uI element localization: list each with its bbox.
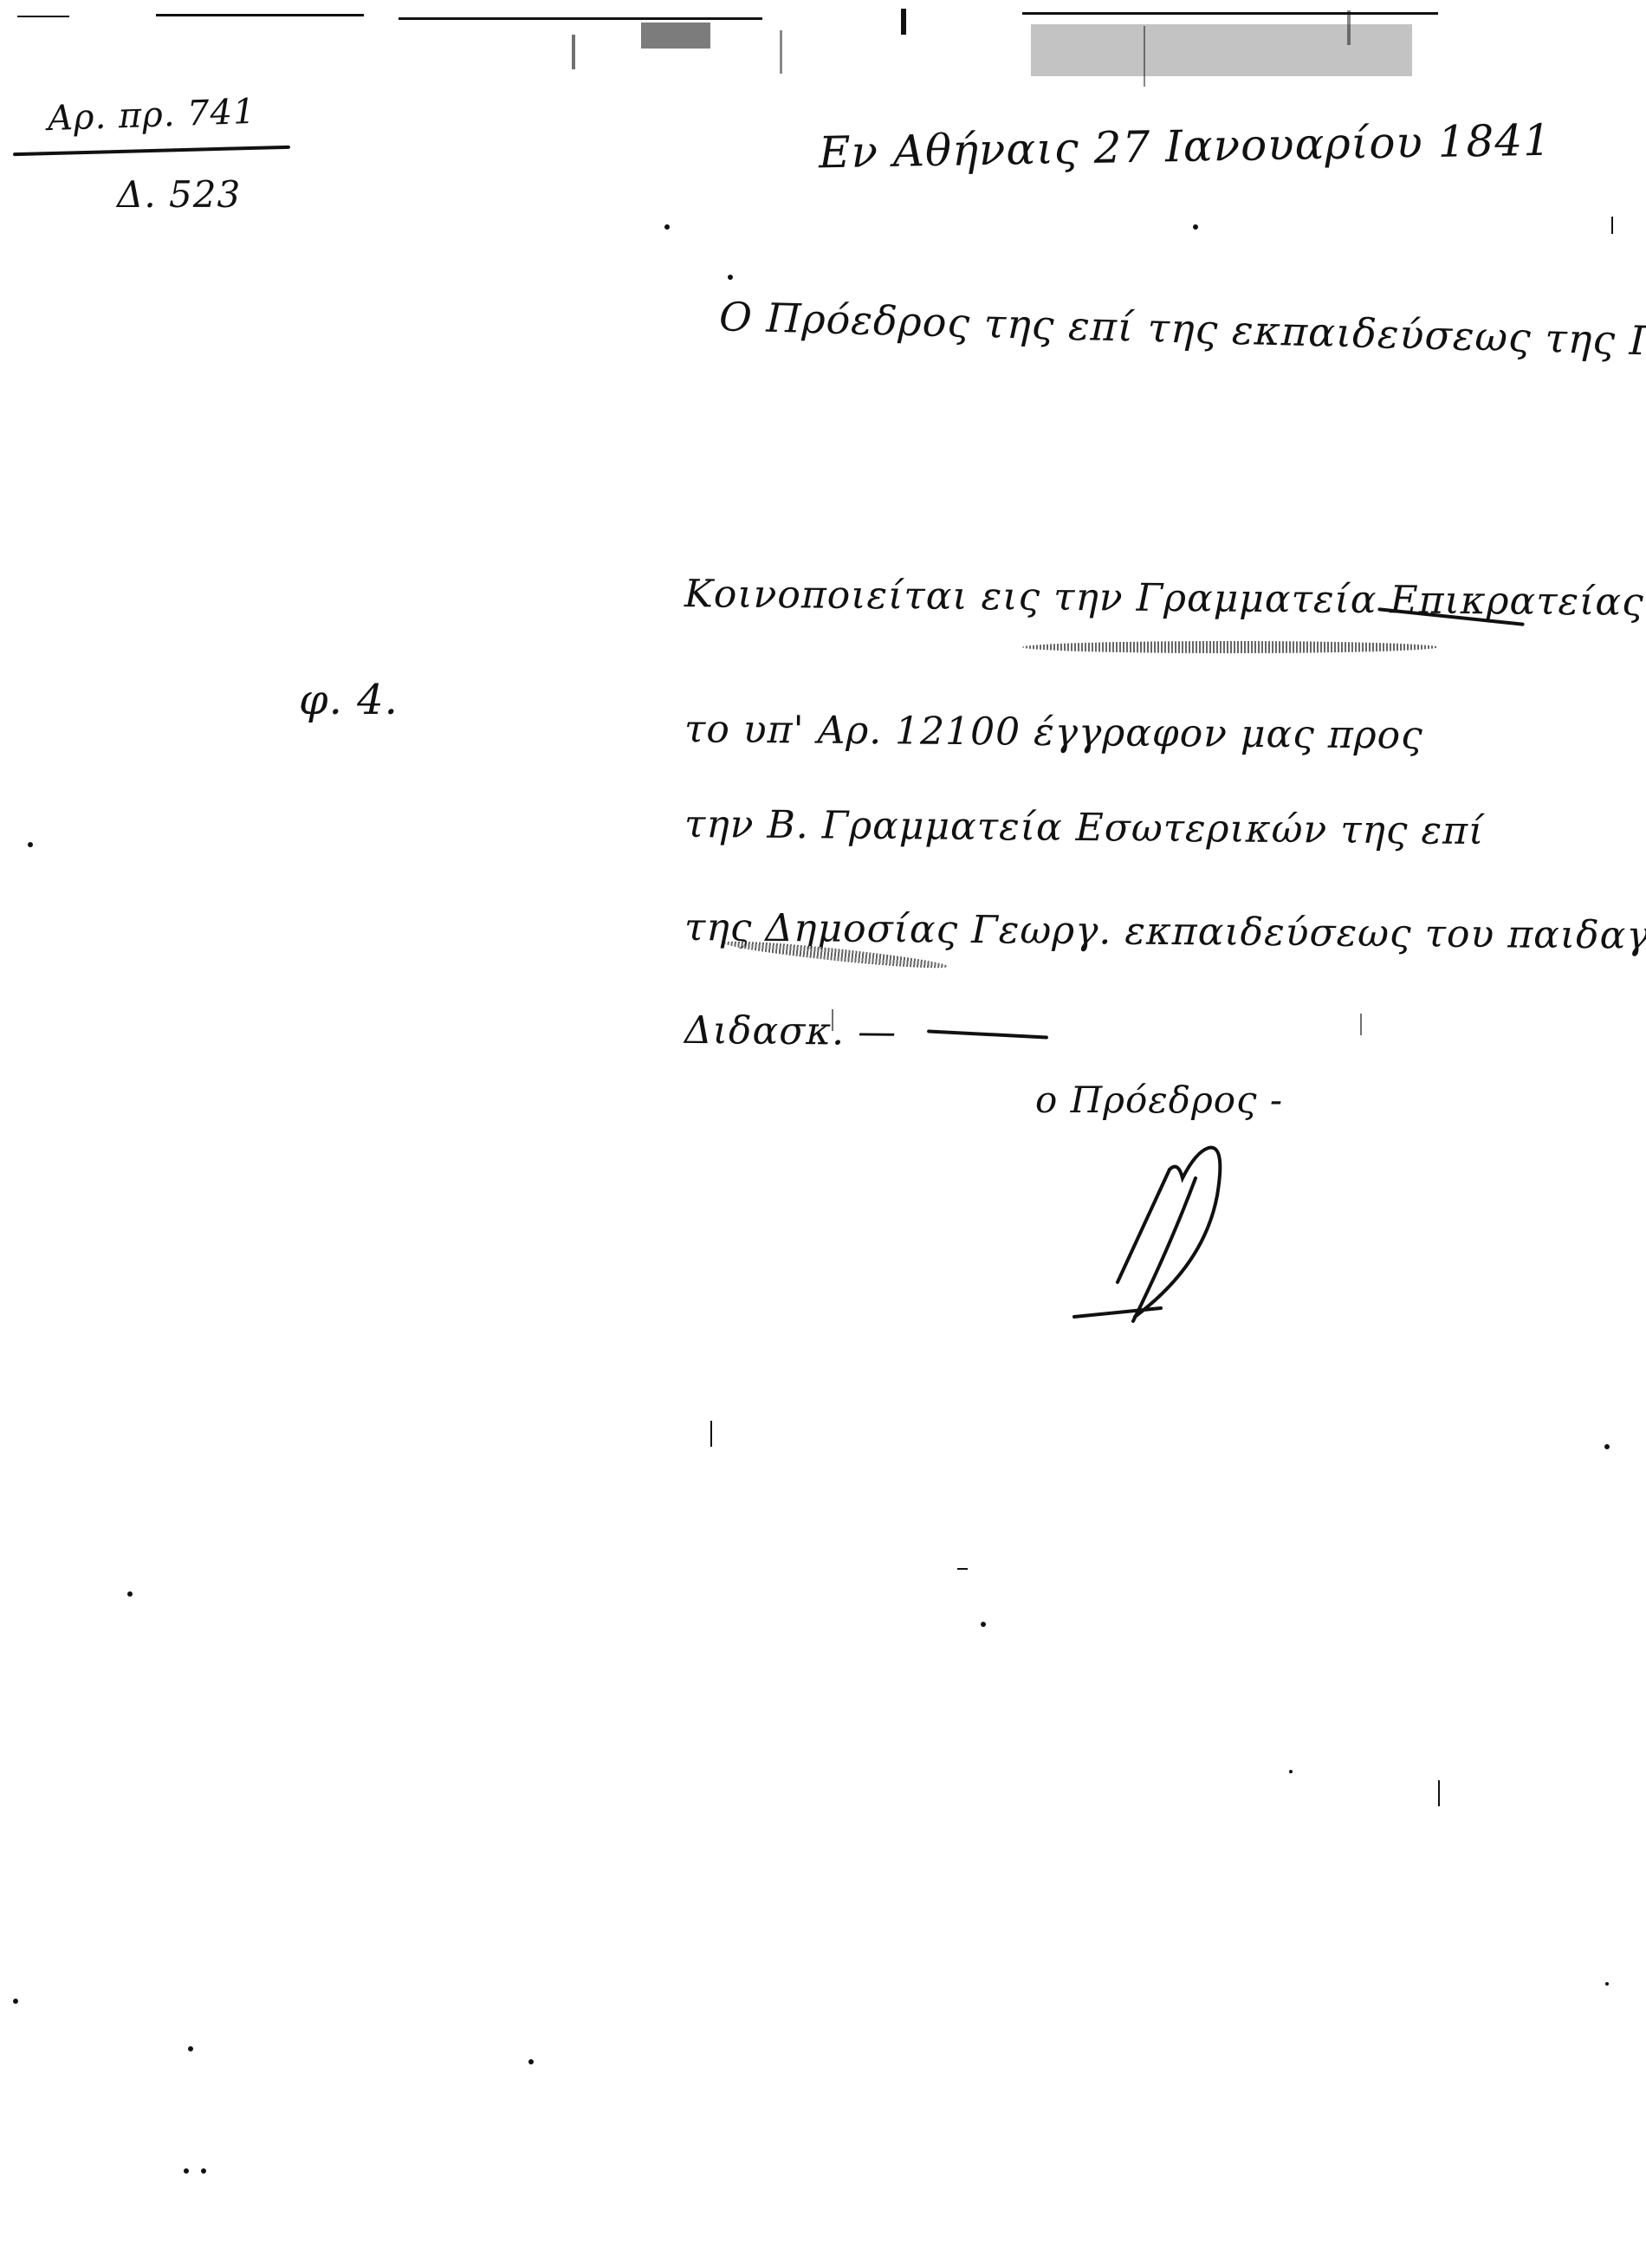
margin-note: φ. 4.: [299, 676, 399, 724]
signature-icon: [1066, 1135, 1273, 1343]
reference-subnumber: Δ. 523: [117, 173, 241, 216]
addressee-line: Ο Πρόεδρος της επί της εκπαιδεύσεως της …: [719, 293, 1646, 369]
body-line: Διδασκ. —: [684, 1008, 898, 1054]
body-line: την Β. Γραμματεία Εσωτερικών της επί: [684, 802, 1485, 853]
closing-title: ο Πρόεδρος -: [1035, 1079, 1283, 1121]
reference-number: Αρ. πρ. 741: [47, 92, 256, 139]
body-line: Κοινοποιείται εις την Γραμματεία Επικρατ…: [684, 572, 1644, 625]
body-line: το υπ' Αρ. 12100 έγγραφον μας προς: [684, 707, 1423, 757]
closing-dash: [927, 1029, 1048, 1039]
document-page: Αρ. πρ. 741 Δ. 523 Εν Αθήναις 27 Ιανουαρ…: [0, 0, 1646, 2268]
ink-smudge: [1022, 641, 1438, 653]
reference-divider: [13, 146, 290, 156]
date-line: Εν Αθήναις 27 Ιανουαρίου 1841: [819, 115, 1552, 178]
